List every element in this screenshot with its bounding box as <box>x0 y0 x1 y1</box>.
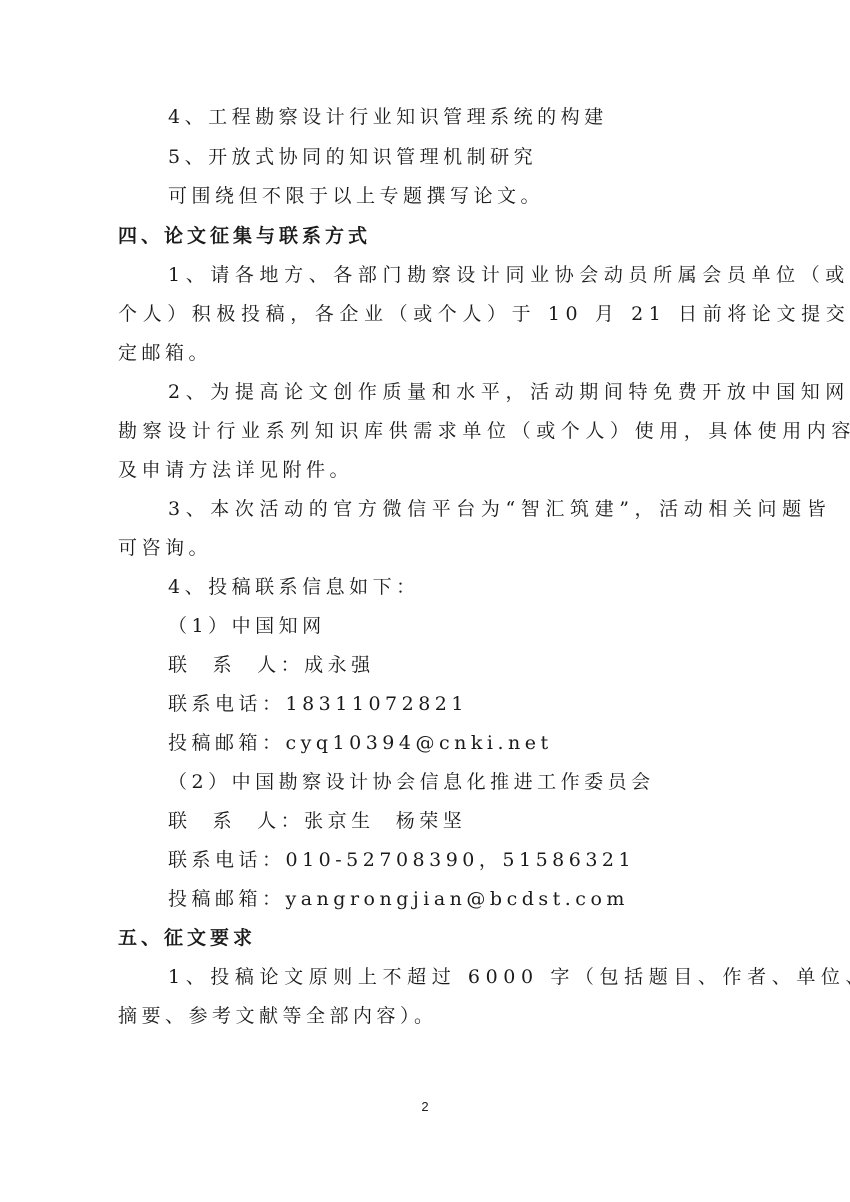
paragraph-1-line-3: 定邮箱。 <box>118 341 730 365</box>
section-heading-5: 五、征文要求 <box>118 926 730 950</box>
paragraph-3-line-1: 3、本次活动的官方微信平台为“智汇筑建”，活动相关问题皆 <box>168 497 780 521</box>
paragraph-1-line-1: 1、请各地方、各部门勘察设计同业协会动员所属会员单位（或 <box>168 263 780 287</box>
topic-note: 可围绕但不限于以上专题撰写论文。 <box>168 184 780 208</box>
contact-org-1-email[interactable]: 投稿邮箱：cyq10394@cnki.net <box>168 731 780 755</box>
paragraph-2-line-1: 2、为提高论文创作质量和水平，活动期间特免费开放中国知网 <box>168 380 780 404</box>
section-heading-4: 四、论文征集与联系方式 <box>118 224 730 248</box>
contact-org-1-person: 联 系 人：成永强 <box>168 653 780 677</box>
contact-org-2-phone: 联系电话：010-52708390，51586321 <box>168 848 780 872</box>
topic-item-5: 5、开放式协同的知识管理机制研究 <box>168 145 780 169</box>
requirement-1-line-1: 1、投稿论文原则上不超过 6000 字（包括题目、作者、单位、 <box>168 965 780 989</box>
document-page: 4、工程勘察设计行业知识管理系统的构建 5、开放式协同的知识管理机制研究 可围绕… <box>0 0 850 1202</box>
contact-org-2-person: 联 系 人：张京生 杨荣坚 <box>168 809 780 833</box>
paragraph-3-line-2: 可咨询。 <box>118 536 730 560</box>
contact-org-1: （1）中国知网 <box>168 614 780 638</box>
paragraph-1-line-2: 个人）积极投稿，各企业（或个人）于 10 月 21 日前将论文提交至指 <box>118 302 730 326</box>
paragraph-2-line-3: 及申请方法详见附件。 <box>118 458 730 482</box>
topic-item-4: 4、工程勘察设计行业知识管理系统的构建 <box>168 105 780 129</box>
contact-org-1-phone: 联系电话：18311072821 <box>168 692 780 716</box>
requirement-1-line-2: 摘要、参考文献等全部内容）。 <box>118 1004 730 1028</box>
paragraph-2-line-2: 勘察设计行业系列知识库供需求单位（或个人）使用，具体使用内容 <box>118 419 730 443</box>
contact-intro: 4、投稿联系信息如下： <box>168 575 780 599</box>
contact-org-2-email[interactable]: 投稿邮箱：yangrongjian@bcdst.com <box>168 887 780 911</box>
page-number: 2 <box>0 1099 850 1114</box>
contact-org-2: （2）中国勘察设计协会信息化推进工作委员会 <box>168 770 780 794</box>
